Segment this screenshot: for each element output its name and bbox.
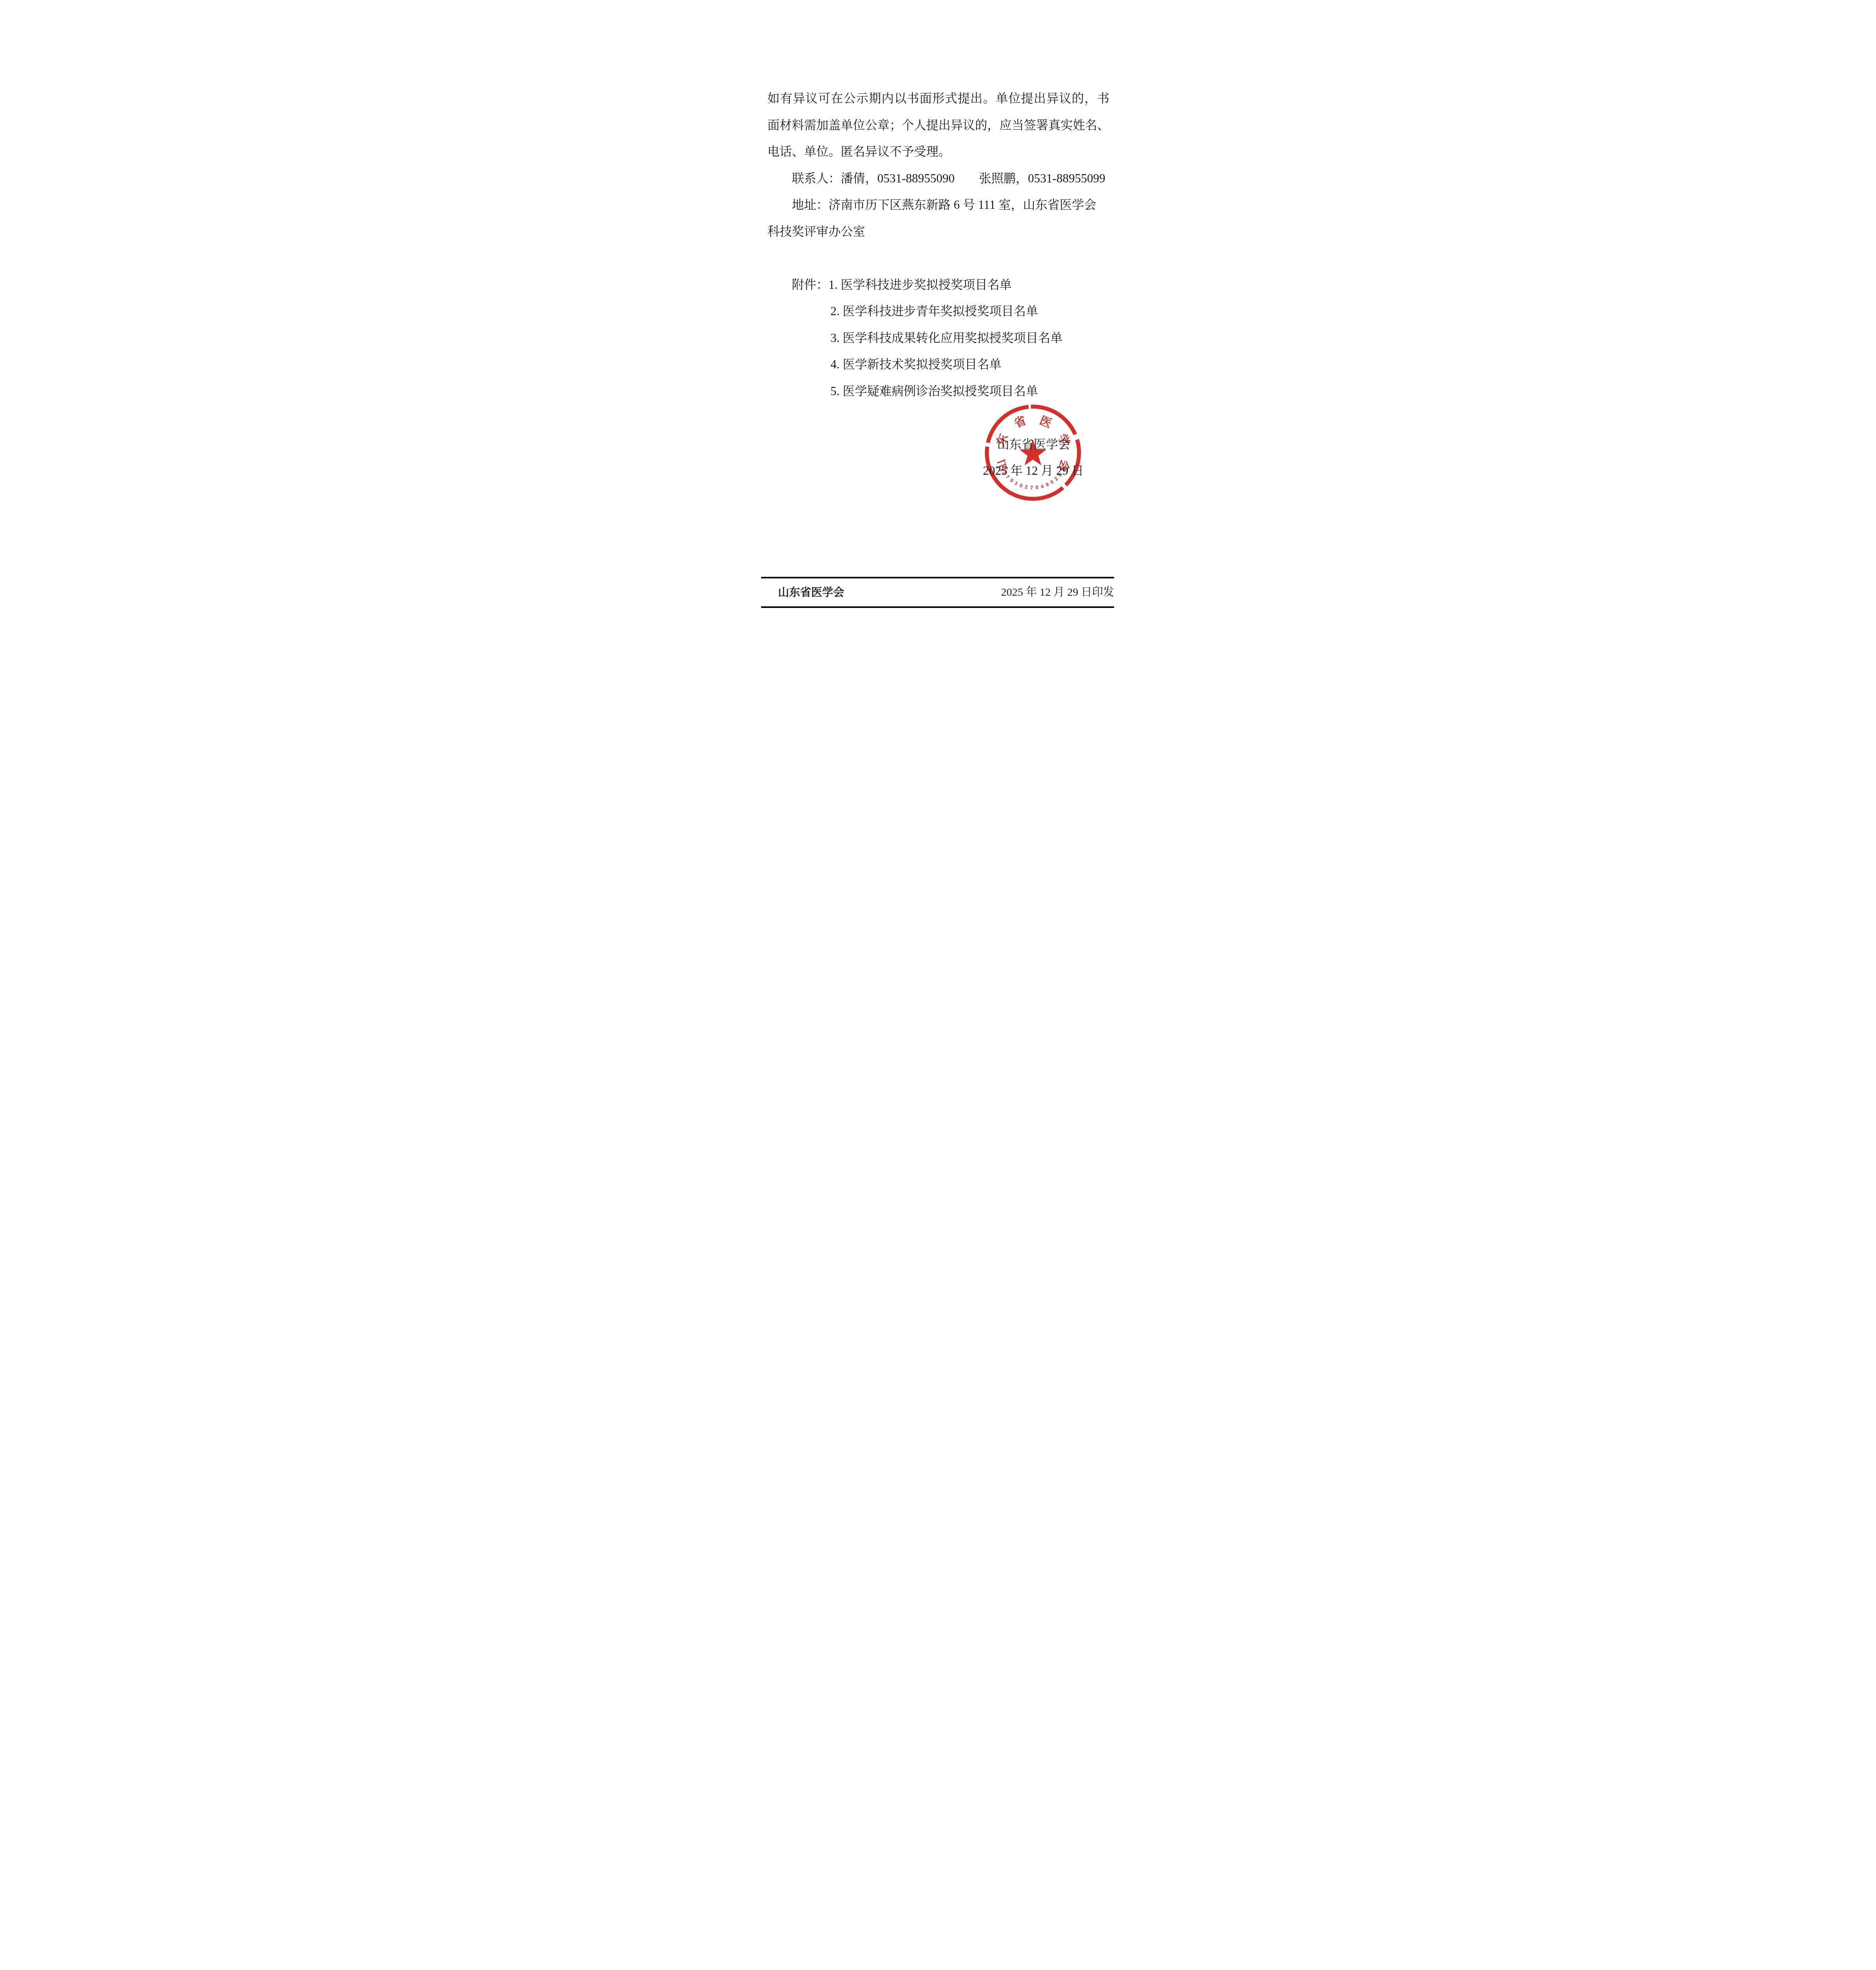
signature-org: 山东省医学会 — [767, 431, 1109, 458]
contact-line: 联系人：潘倩，0531-88955090 张照鹏，0531-88955099 — [767, 165, 1109, 192]
body-line: 电话、单位。匿名异议不予受理。 — [767, 138, 1109, 165]
body-line: 如有异议可在公示期内以书面形式提出。单位提出异议的，书 — [767, 85, 1109, 112]
attachments-label: 附件： — [792, 278, 828, 292]
attachment-item: 5. 医学疑难病例诊治奖拟授奖项目名单 — [767, 378, 1109, 405]
attachment-item: 1. 医学科技进步奖拟授奖项目名单 — [828, 278, 1012, 292]
footer-rule-top — [761, 577, 1114, 578]
attachment-line-1: 附件：1. 医学科技进步奖拟授奖项目名单 — [767, 271, 1109, 298]
footer-rule-bottom — [761, 606, 1114, 608]
address-line: 地址：济南市历下区燕东新路 6 号 111 室，山东省医学会 — [767, 191, 1109, 218]
address-line-2: 科技奖评审办公室 — [767, 218, 1109, 245]
body-text: 如有异议可在公示期内以书面形式提出。单位提出异议的，书 面材料需加盖单位公章；个… — [767, 85, 1109, 484]
attachment-item: 2. 医学科技进步青年奖拟授奖项目名单 — [767, 298, 1109, 325]
blank-line — [767, 404, 1109, 431]
document-page: 山 东 省 医 学 会 3701027049020 如有异议可在公示期内以书面形… — [704, 0, 1172, 663]
attachment-item: 4. 医学新技术奖拟授奖项目名单 — [767, 351, 1109, 378]
footer-issue-date: 2025 年 12 月 29 日印发 — [1001, 585, 1114, 600]
attachment-item: 3. 医学科技成果转化应用奖拟授奖项目名单 — [767, 325, 1109, 351]
body-line: 面材料需加盖单位公章；个人提出异议的，应当签署真实姓名、 — [767, 112, 1109, 139]
footer-org: 山东省医学会 — [778, 585, 844, 600]
signature-date: 2025 年 12 月 29 日 — [767, 457, 1109, 484]
blank-line — [767, 245, 1109, 271]
